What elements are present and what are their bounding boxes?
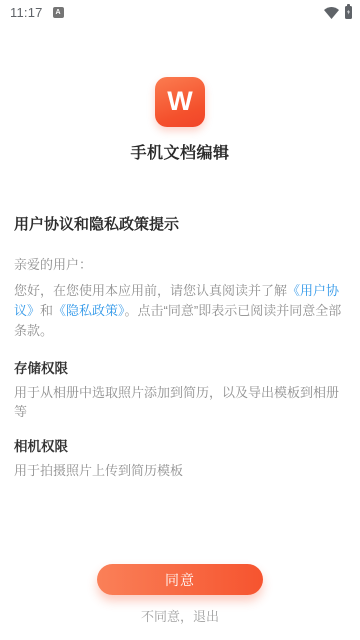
body-conjunction: 和 — [40, 303, 53, 318]
app-screen: 11:17 A W 手机文档编辑 用户协议和隐私政策提示 亲爱的用户： 您好，在… — [0, 0, 360, 640]
permission-camera-title: 相机权限 — [14, 435, 346, 455]
status-time: 11:17 — [10, 5, 43, 20]
app-icon-letter: W — [167, 88, 192, 117]
disagree-exit-link[interactable]: 不同意，退出 — [0, 606, 360, 625]
permission-storage: 存储权限 用于从相册中选取照片添加到简历，以及导出模板到相册等 — [14, 357, 346, 421]
app-name: 手机文档编辑 — [0, 140, 360, 163]
agree-button[interactable]: 同意 — [97, 564, 263, 595]
battery-charging-bolt-icon — [347, 10, 350, 15]
permission-camera: 相机权限 用于拍摄照片上传到简历模板 — [14, 435, 346, 480]
body-prefix: 您好，在您使用本应用前，请您认真阅读并了解 — [14, 283, 287, 298]
permission-storage-desc: 用于从相册中选取照片添加到简历，以及导出模板到相册等 — [14, 383, 346, 421]
battery-icon — [345, 6, 352, 19]
wifi-icon — [324, 6, 339, 18]
permission-camera-desc: 用于拍摄照片上传到简历模板 — [14, 461, 346, 480]
agreement-content: 用户协议和隐私政策提示 亲爱的用户： 您好，在您使用本应用前，请您认真阅读并了解… — [14, 213, 346, 494]
app-icon: W — [155, 77, 205, 127]
dialog-title: 用户协议和隐私政策提示 — [14, 213, 346, 234]
privacy-policy-link[interactable]: 《隐私政策》 — [53, 303, 125, 318]
status-bar: 11:17 A — [0, 0, 360, 24]
permission-storage-title: 存储权限 — [14, 357, 346, 377]
greeting-text: 亲爱的用户： — [14, 254, 346, 273]
agreement-body: 您好，在您使用本应用前，请您认真阅读并了解《用户协议》和《隐私政策》。点击“同意… — [14, 281, 346, 341]
notification-badge-icon: A — [53, 7, 64, 18]
